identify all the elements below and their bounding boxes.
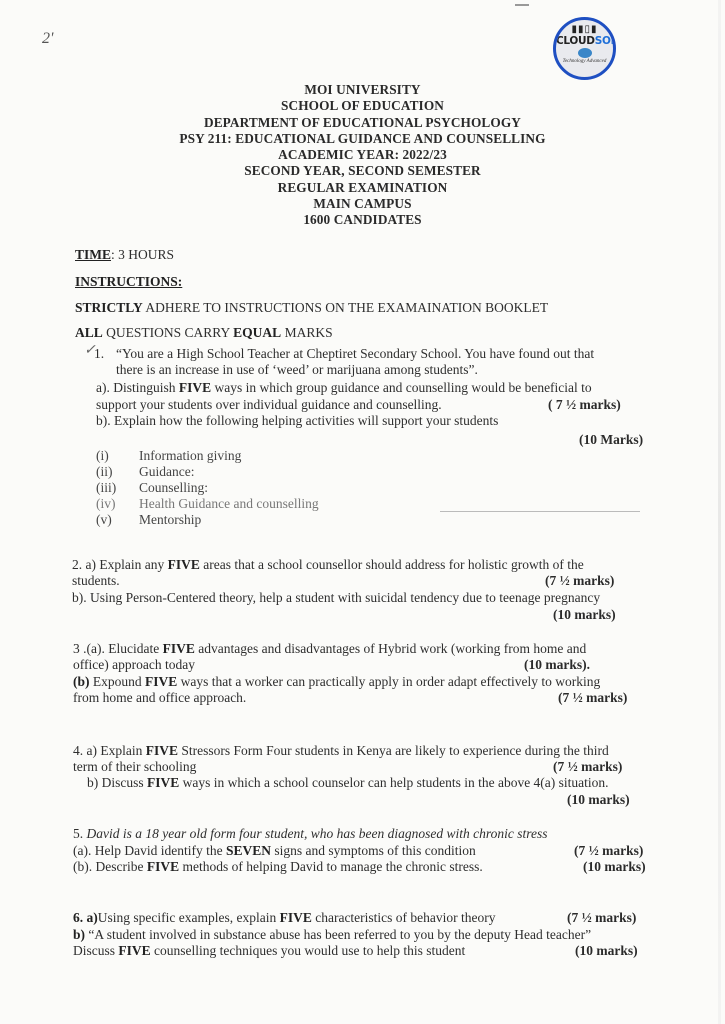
course-title: PSY 211: EDUCATIONAL GUIDANCE AND COUNSE… xyxy=(0,131,725,147)
q1b-text: b). Explain how the following helping ac… xyxy=(96,413,498,429)
q6b-marks: (10 marks) xyxy=(575,943,638,959)
year-semester: SECOND YEAR, SECOND SEMESTER xyxy=(0,163,725,179)
subitem-number: (iv) xyxy=(96,496,116,512)
q3b-line2: from home and office approach. xyxy=(73,690,246,706)
q1a-marks: ( 7 ½ marks) xyxy=(548,397,621,413)
q2b-text: b). Using Person-Centered theory, help a… xyxy=(72,590,600,606)
q3b-marks: (7 ½ marks) xyxy=(558,690,627,706)
q2a-line2: students. xyxy=(72,573,120,589)
instruction-2: ALL QUESTIONS CARRY EQUAL MARKS xyxy=(75,325,333,341)
q1a-line2: support your students over individual gu… xyxy=(96,397,442,413)
q3a-marks: (10 marks). xyxy=(524,657,590,673)
q5a-marks: (7 ½ marks) xyxy=(574,843,643,859)
subitem-number: (v) xyxy=(96,512,112,528)
subitem-text: Information giving xyxy=(139,448,241,464)
instruction-1: STRICTLY ADHERE TO INSTRUCTIONS ON THE E… xyxy=(75,300,548,316)
exam-page: 2' ▮▮▯▮ CLOUDSOFT Technology Advanced MO… xyxy=(0,0,725,1024)
subitem-number: (ii) xyxy=(96,464,113,480)
subitem-number: (iii) xyxy=(96,480,116,496)
q1b-marks: (10 Marks) xyxy=(579,432,643,448)
logo-tagline: Technology Advanced xyxy=(556,59,613,64)
logo-name: CLOUDSOFT xyxy=(556,35,613,47)
books-icon: ▮▮▯▮ xyxy=(556,25,613,35)
q2b-marks: (10 marks) xyxy=(553,607,616,623)
subitem-text: Guidance: xyxy=(139,464,194,480)
q4b-line1: b) Discuss FIVE ways in which a school c… xyxy=(87,775,609,791)
cloudsoft-logo: ▮▮▯▮ CLOUDSOFT Technology Advanced xyxy=(553,17,616,80)
q6a-line: 6. a)Using specific examples, explain FI… xyxy=(73,910,496,926)
school-name: SCHOOL OF EDUCATION xyxy=(0,98,725,114)
exam-header: MOI UNIVERSITY SCHOOL OF EDUCATION DEPAR… xyxy=(0,82,725,229)
q1a-line1: a). Distinguish FIVE ways in which group… xyxy=(96,380,592,396)
subitem-text: Mentorship xyxy=(139,512,201,528)
subitem-text: Health Guidance and counselling xyxy=(139,496,319,512)
q4a-line2: term of their schooling xyxy=(73,759,196,775)
q4a-marks: (7 ½ marks) xyxy=(553,759,622,775)
q2a-marks: (7 ½ marks) xyxy=(545,573,614,589)
handwritten-page-mark: 2' xyxy=(42,30,53,48)
scan-artifact-line xyxy=(440,511,640,512)
subitem-number: (i) xyxy=(96,448,109,464)
q1-stem-line1: “You are a High School Teacher at Chepti… xyxy=(116,346,594,362)
instructions-heading: INSTRUCTIONS: xyxy=(75,274,182,290)
department-name: DEPARTMENT OF EDUCATIONAL PSYCHOLOGY xyxy=(0,115,725,131)
q5b-marks: (10 marks) xyxy=(583,859,646,875)
time-line: TIME: 3 HOURS xyxy=(75,247,174,263)
q5b-line: (b). Describe FIVE methods of helping Da… xyxy=(73,859,483,875)
q3b-line1: (b) Expound FIVE ways that a worker can … xyxy=(73,674,600,690)
q1-number: 1. xyxy=(94,346,104,362)
subitem-text: Counselling: xyxy=(139,480,208,496)
q5-stem: 5. David is a 18 year old form four stud… xyxy=(73,826,547,842)
globe-icon xyxy=(578,48,592,58)
q4a-line1: 4. a) Explain FIVE Stressors Form Four s… xyxy=(73,743,609,759)
q6b-line1: b) “A student involved in substance abus… xyxy=(73,927,591,943)
q3a-line2: office) approach today xyxy=(73,657,195,673)
q5a-line: (a). Help David identify the SEVEN signs… xyxy=(73,843,476,859)
academic-year: ACADEMIC YEAR: 2022/23 xyxy=(0,147,725,163)
campus: MAIN CAMPUS xyxy=(0,196,725,212)
exam-type: REGULAR EXAMINATION xyxy=(0,180,725,196)
scan-speck xyxy=(515,4,529,6)
candidates: 1600 CANDIDATES xyxy=(0,212,725,228)
q6a-marks: (7 ½ marks) xyxy=(567,910,636,926)
q1-stem-line2: there is an increase in use of ‘weed’ or… xyxy=(116,362,478,378)
university-name: MOI UNIVERSITY xyxy=(0,82,725,98)
q2a-line1: 2. a) Explain any FIVE areas that a scho… xyxy=(72,557,584,573)
q6b-line2: Discuss FIVE counselling techniques you … xyxy=(73,943,465,959)
q3a-line1: 3 .(a). Elucidate FIVE advantages and di… xyxy=(73,641,586,657)
q4b-marks: (10 marks) xyxy=(567,792,630,808)
